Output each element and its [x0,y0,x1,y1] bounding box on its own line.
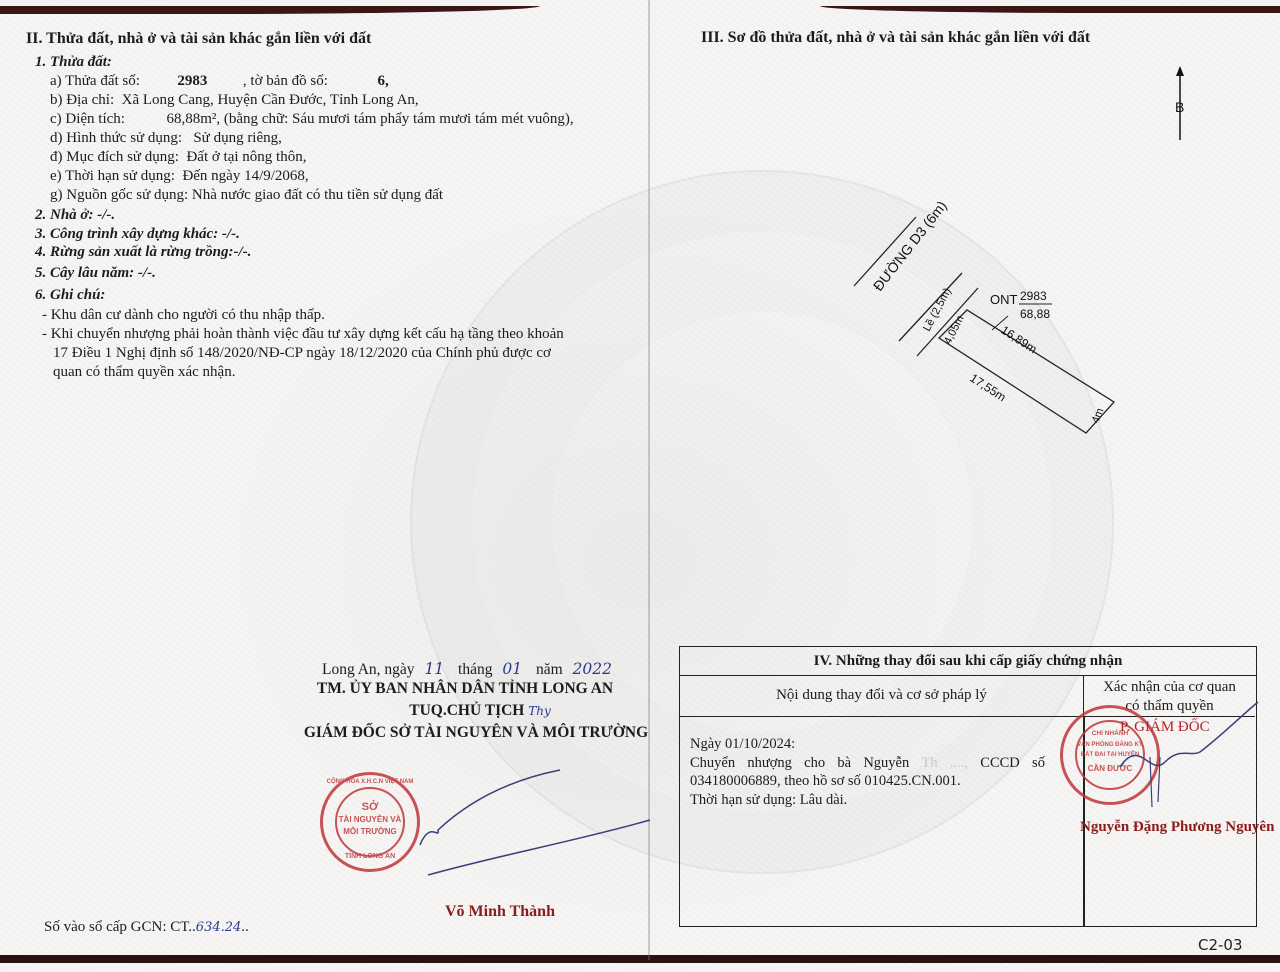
note-line: - Khi chuyển nhượng phải hoàn thành việc… [42,325,564,344]
date-month-label: tháng [458,661,492,678]
word: số [1032,754,1045,773]
edge-bottom: 17,55m [967,371,1008,405]
edge-top: 16,89m [998,323,1039,357]
address-row: b) Địa chỉ: Xã Long Cang, Huyện Cần Đước… [50,91,419,110]
area-row: c) Diện tích: 68,88m², (bằng chữ: Sáu mư… [50,110,574,129]
north-label: B [1175,99,1184,115]
authority-header-line-1: Xác nhận của cơ quan [1084,678,1255,697]
date-year-label: năm [536,661,563,678]
issuing-org: TM. ỦY BAN NHÂN DÂN TỈNH LONG AN [300,680,630,698]
signature-stroke [320,760,660,900]
page-code: C2-03 [1198,936,1243,954]
usage-purpose-row: đ) Mục đích sử dụng: Đất ở tại nông thôn… [50,148,306,167]
area-label: c) Diện tích: [50,111,125,127]
note-line: - Khu dân cư dành cho người có thu nhập … [42,306,325,325]
word: cho [804,754,825,773]
area-value: 68,88m², (bằng chữ: Sáu mươi tám phẩy tá… [166,111,573,127]
redacted-name: ...., [950,754,968,773]
usage-form-label: d) Hình thức sử dụng: [50,130,182,146]
signer-role: TUQ.CHỦ TỊCH Thy [380,702,580,720]
map-sheet-value: 6, [377,73,388,89]
word: bà [837,754,851,773]
date-year: 2022 [567,660,612,678]
top-border-right [820,6,1280,13]
perennial-item: 5. Cây lâu năm: -/-. [35,264,156,283]
usage-purpose-value: Đất ở tại nông thôn, [186,149,306,165]
usage-form-value: Sử dụng riêng, [193,130,282,146]
date-month: 01 [496,660,532,678]
redacted-name: Th [922,754,938,773]
change-entry: Ngày 01/10/2024: Chuyển nhượng cho bà Ng… [690,735,1050,809]
parcel-number-label: a) Thửa đất số: [50,73,140,89]
word: nhượng [747,754,792,773]
parcel-area: 68,88 [1020,307,1050,321]
confirm-signer-name: Nguyễn Đặng Phương Nguyên [1080,819,1274,836]
change-transfer-line: Chuyển nhượng cho bà Nguyễn Th ...., CCC… [690,754,1045,773]
signer-name: Võ Minh Thành [400,903,600,921]
signer-role-text: TUQ.CHỦ TỊCH [409,702,524,719]
origin-value: Nhà nước giao đất có thu tiền sử dụng đấ… [192,187,443,203]
certificate-page: II. Thửa đất, nhà ở và tài sản khác gắn … [0,0,1280,972]
origin-row: g) Nguồn gốc sử dụng: Nhà nước giao đất … [50,186,443,205]
registry-value: 634.24 [196,920,242,935]
road-label: ĐƯỜNG D3 (6m) [870,198,950,294]
other-construction-item: 3. Công trình xây dựng khác: -/-. [35,225,240,244]
place-date: Long An, ngày 11 tháng 01 năm 2022 [322,660,612,679]
role-initials: Thy [528,704,551,718]
confirm-signature [1080,697,1260,817]
usage-purpose-label: đ) Mục đích sử dụng: [50,149,179,165]
place-date-prefix: Long An, ngày [322,661,415,678]
parcel-number: 2983 [1020,289,1047,303]
section-3-title: III. Sơ đồ thửa đất, nhà ở và tài sản kh… [701,29,1090,47]
registry-number: Số vào sổ cấp GCN: CT..634.24.. [44,918,249,937]
usage-term-value: Đến ngày 14/9/2068, [182,168,308,184]
map-sheet-label: , tờ bản đồ số: [243,73,328,89]
bottom-border [0,955,1280,963]
section-4-title: IV. Những thay đổi sau khi cấp giấy chứn… [680,647,1256,676]
word: Nguyễn [863,754,909,773]
changes-table: IV. Những thay đổi sau khi cấp giấy chứn… [679,646,1257,927]
note-line: quan có thẩm quyền xác nhận. [53,363,235,382]
top-border-left [0,6,540,14]
parcel-number-row: a) Thửa đất số: 2983 , tờ bản đồ số: 6, [50,72,389,91]
usage-term-row: e) Thời hạn sử dụng: Đến ngày 14/9/2068, [50,167,309,186]
address-value: Xã Long Cang, Huyện Cần Đước, Tỉnh Long … [122,92,419,108]
word: CCCD [980,754,1020,773]
changes-content-header: Nội dung thay đổi và cơ sở pháp lý [680,675,1084,717]
section-2-title: II. Thửa đất, nhà ở và tài sản khác gắn … [26,30,371,48]
usage-form-row: d) Hình thức sử dụng: Sử dụng riêng, [50,129,282,148]
word: Chuyển [690,754,735,773]
land-type: ONT [990,292,1018,307]
edge-back: 4m [1090,406,1107,425]
notes-heading: 6. Ghi chú: [35,286,105,305]
usage-term-label: e) Thời hạn sử dụng: [50,168,175,184]
address-label: b) Địa chỉ: [50,92,114,108]
edge-front: 4,05m [942,314,967,347]
parcel-heading: 1. Thửa đất: [35,53,112,72]
origin-label: g) Nguồn gốc sử dụng: [50,187,188,203]
forest-item: 4. Rừng sản xuất là rừng trồng:-/-. [35,243,251,262]
change-id-line: 034180006889, theo hồ sơ số 010425.CN.00… [690,772,1050,791]
house-item: 2. Nhà ở: -/-. [35,206,115,225]
note-line: 17 Điều 1 Nghị định số 148/2020/NĐ-CP ng… [53,344,551,363]
registry-label: Số vào sổ cấp GCN: CT.. [44,919,196,935]
parcel-diagram: B ĐƯỜNG D3 (6m) Lề (2,5m) 4,05m ONT 2983… [820,60,1280,450]
change-term-line: Thời hạn sử dụng: Lâu dài. [690,791,1050,810]
change-date: Ngày 01/10/2024: [690,735,1050,754]
date-day: 11 [418,660,454,678]
signer-title: GIÁM ĐỐC SỞ TÀI NGUYÊN VÀ MÔI TRƯỜNG [296,724,656,742]
parcel-number-value: 2983 [177,73,207,89]
